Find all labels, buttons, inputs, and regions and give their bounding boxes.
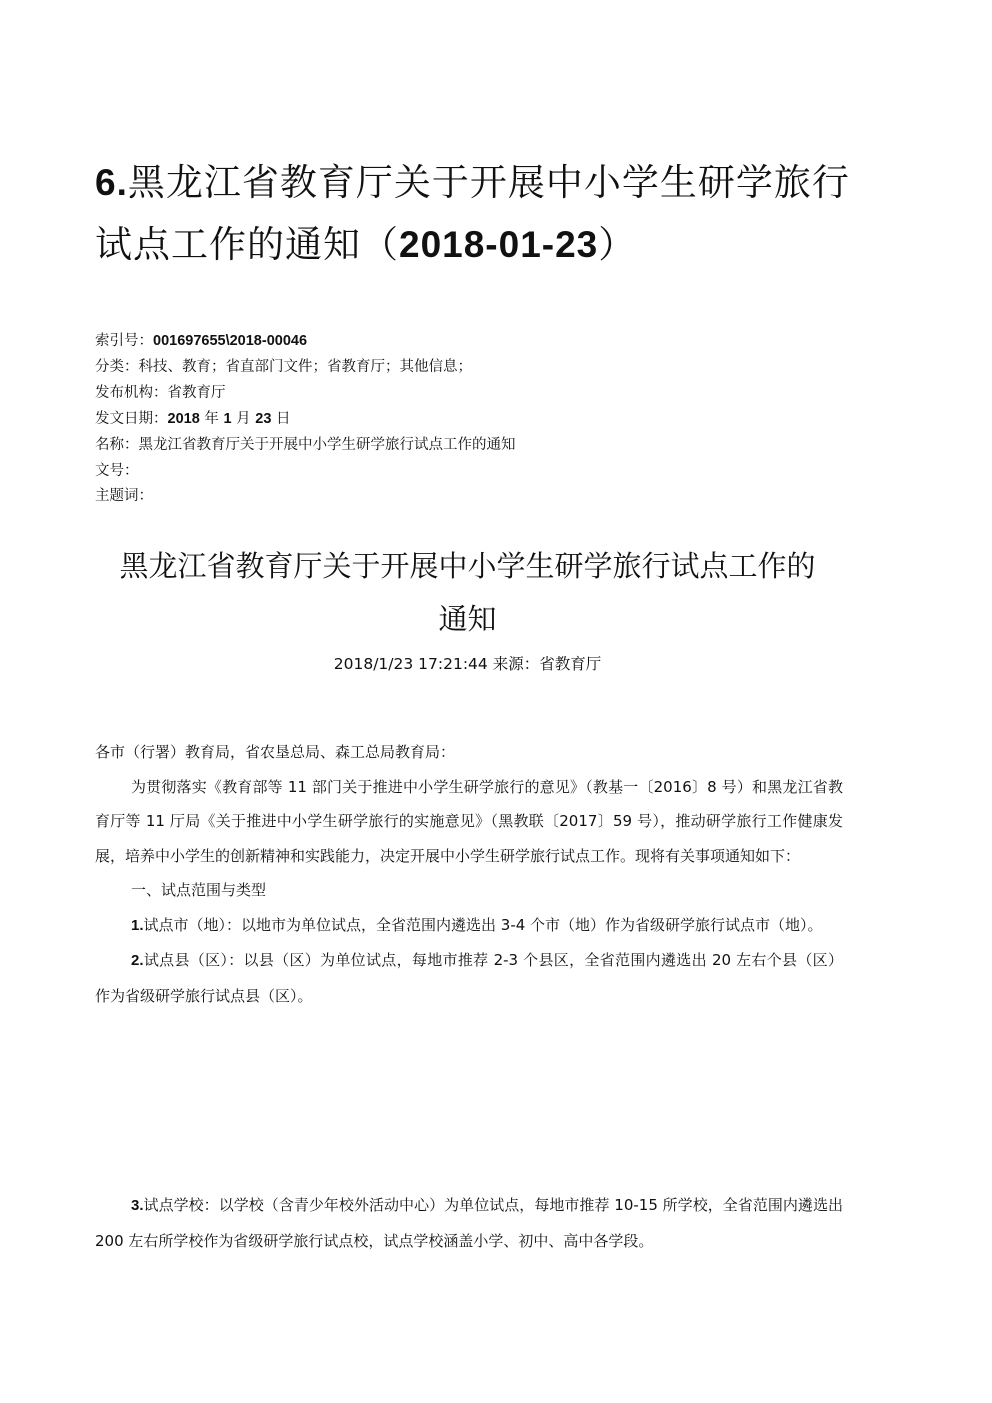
section-heading: 一、试点范围与类型 [95,873,843,908]
item-1: 1.试点市（地）：以地市为单位试点，全省范围内遴选出 3-4 个市（地）作为省级… [95,908,843,944]
salutation: 各市（行署）教育局，省农垦总局、森工总局教育局： [95,735,843,770]
article-body-continued: 3.试点学校：以学校（含青少年校外活动中心）为单位试点，每地市推荐 10-15 … [95,1188,843,1258]
document-metadata: 索引号：001697655\2018-00046 分类：科技、教育；省直部门文件… [95,329,516,510]
article-title: 黑龙江省教育厅关于开展中小学生研学旅行试点工作的 通知 [95,540,840,646]
article-byline: 2018/1/23 17:21:44 来源：省教育厅 [95,652,840,676]
meta-category-label: 分类： [95,359,139,375]
meta-doc-number: 文号： [95,459,516,485]
item-1-text: 试点市（地）：以地市为单位试点，全省范围内遴选出 3-4 个市（地）作为省级研学… [144,916,823,934]
meta-index-label: 索引号： [95,333,153,349]
meta-date-year-unit: 年 [200,411,224,427]
meta-index: 索引号：001697655\2018-00046 [95,329,516,355]
meta-name-label: 名称： [95,437,139,453]
item-2-text: 试点县（区）：以县（区）为单位试点，每地市推荐 2-3 个县区，全省范围内遴选出… [95,951,843,1005]
article-body: 各市（行署）教育局，省农垦总局、森工总局教育局： 为贯彻落实《教育部等 11 部… [95,735,843,1013]
meta-date-day: 23 [255,411,271,427]
meta-publisher-label: 发布机构： [95,385,168,401]
meta-keywords-label: 主题词： [95,488,153,504]
document-heading: 6.黑龙江省教育厅关于开展中小学生研学旅行 试点工作的通知（2018-01-23… [95,152,855,276]
item-3: 3.试点学校：以学校（含青少年校外活动中心）为单位试点，每地市推荐 10-15 … [95,1188,843,1258]
item-1-number: 1. [131,917,144,934]
meta-publisher: 发布机构：省教育厅 [95,381,516,407]
meta-doc-number-label: 文号： [95,463,139,479]
meta-category-value: 科技、教育；省直部门文件；省教育厅；其他信息； [139,359,473,375]
heading-date: 2018-01-23 [399,224,598,265]
article-title-line1: 黑龙江省教育厅关于开展中小学生研学旅行试点工作的 [95,540,840,593]
meta-date-month-unit: 月 [232,411,256,427]
meta-keywords: 主题词： [95,484,516,510]
heading-title-line1: 黑龙江省教育厅关于开展中小学生研学旅行 [128,161,850,204]
meta-date-label: 发文日期： [95,411,168,427]
article-title-line2: 通知 [95,593,840,646]
meta-name-value: 黑龙江省教育厅关于开展中小学生研学旅行试点工作的通知 [139,437,516,453]
meta-date-year: 2018 [168,411,200,427]
heading-number: 6. [95,162,128,203]
item-2: 2.试点县（区）：以县（区）为单位试点，每地市推荐 2-3 个县区，全省范围内遴… [95,943,843,1013]
meta-date: 发文日期：2018 年 1 月 23 日 [95,407,516,433]
meta-name: 名称：黑龙江省教育厅关于开展中小学生研学旅行试点工作的通知 [95,433,516,459]
heading-line-1: 6.黑龙江省教育厅关于开展中小学生研学旅行 [95,152,855,214]
meta-index-value: 001697655\2018-00046 [153,333,307,349]
meta-publisher-value: 省教育厅 [168,385,226,401]
meta-date-day-unit: 日 [271,411,290,427]
heading-close-paren: ） [598,223,636,266]
heading-line-2: 试点工作的通知（2018-01-23） [95,214,855,276]
item-3-number: 3. [131,1197,144,1214]
intro-paragraph: 为贯彻落实《教育部等 11 部门关于推进中小学生研学旅行的意见》（教基一〔201… [95,770,843,874]
heading-title-line2: 试点工作的通知（ [95,223,399,266]
meta-category: 分类：科技、教育；省直部门文件；省教育厅；其他信息； [95,355,516,381]
meta-date-month: 1 [223,411,231,427]
item-2-number: 2. [131,952,144,969]
item-3-text: 试点学校：以学校（含青少年校外活动中心）为单位试点，每地市推荐 10-15 所学… [95,1196,843,1250]
